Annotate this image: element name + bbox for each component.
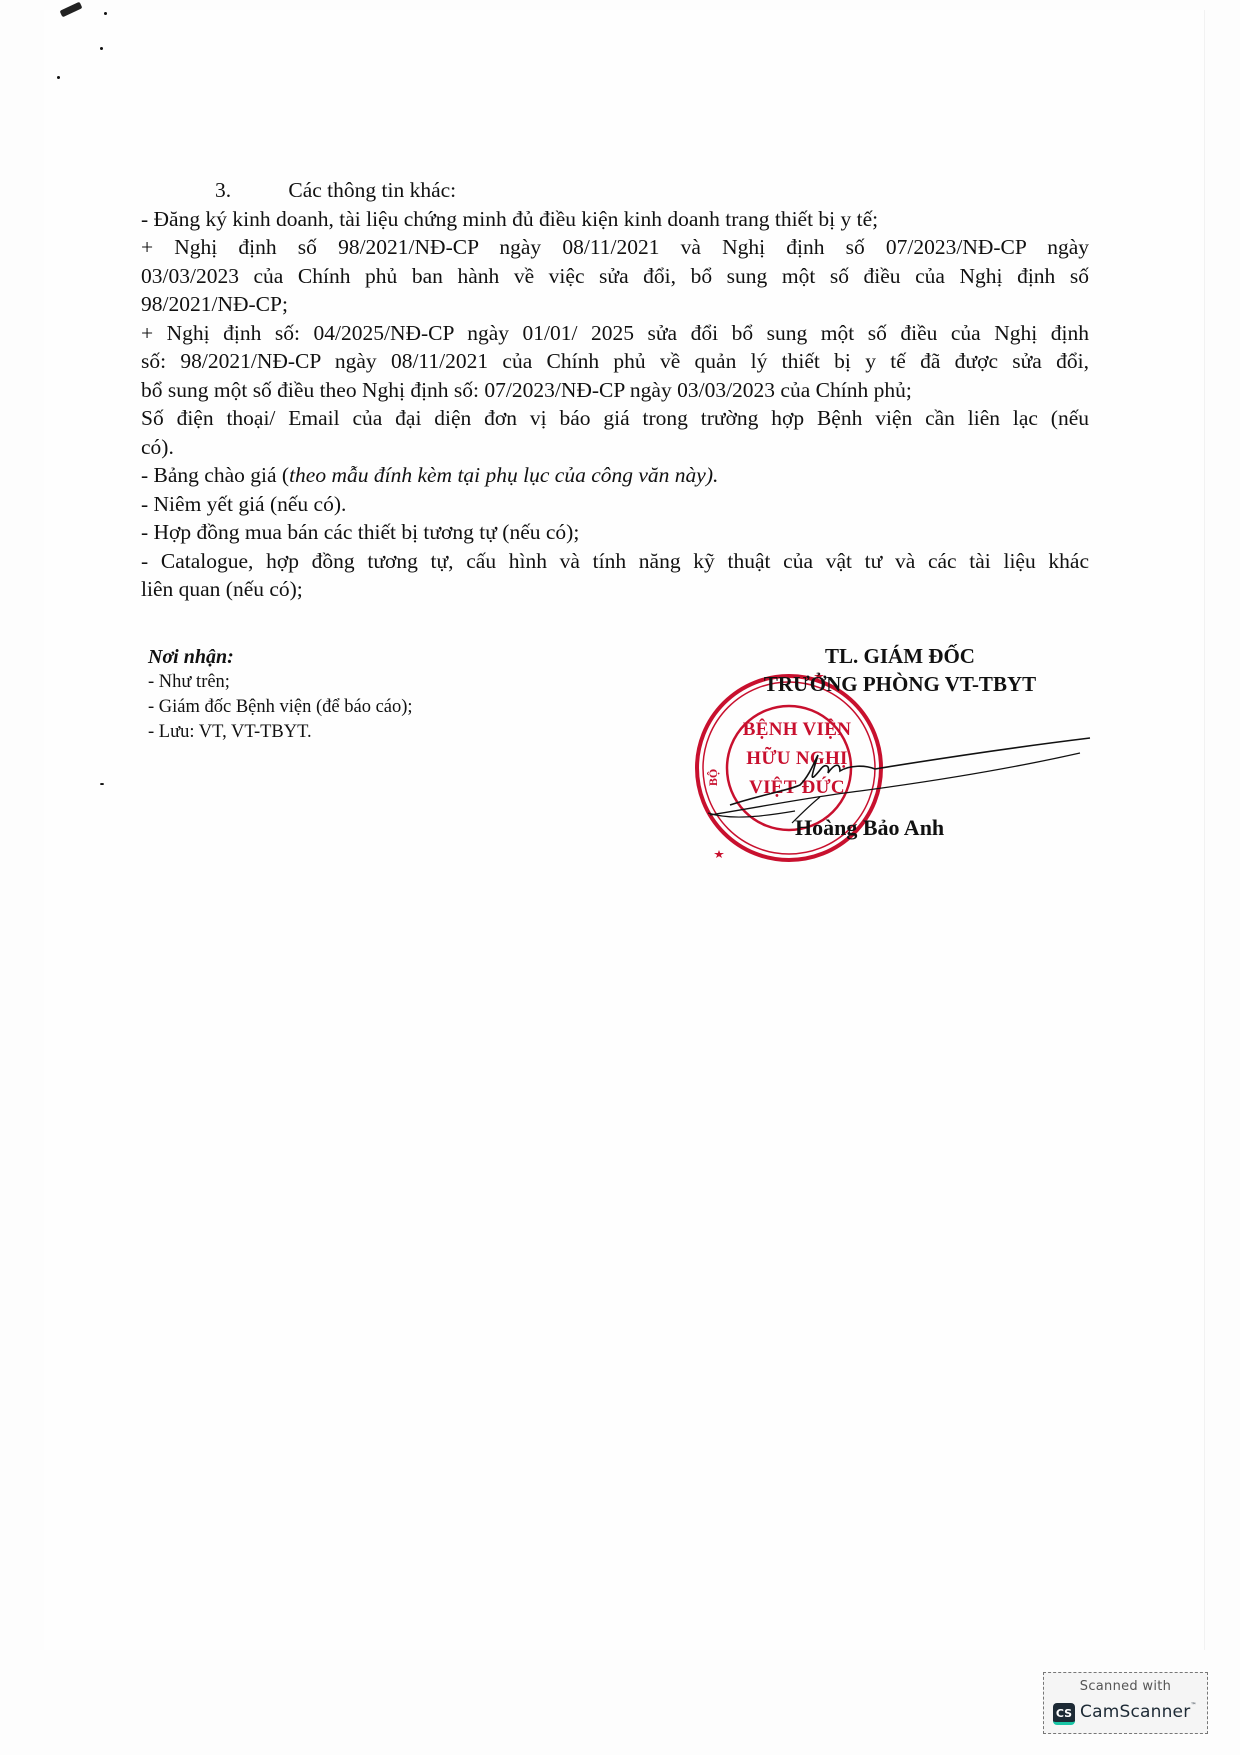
scan-speck — [57, 76, 60, 79]
section-number: 3. — [141, 176, 283, 205]
scanned-page: 3. Các thông tin khác: - Đăng ký kinh do… — [0, 0, 1240, 1755]
body-line: 98/2021/NĐ-CP; — [141, 290, 1089, 319]
quote-line-prefix: - Bảng chào giá ( — [141, 463, 289, 487]
recipient-item: - Giám đốc Bệnh viện (để báo cáo); — [148, 695, 413, 720]
brand-name: CamScanner — [1080, 1702, 1190, 1722]
document-body: 3. Các thông tin khác: - Đăng ký kinh do… — [141, 176, 1089, 604]
quote-line-italic: theo mẫu đính kèm tại phụ lục của công v… — [289, 463, 718, 487]
section-title: Các thông tin khác: — [288, 178, 456, 202]
signature-title: TL. GIÁM ĐỐC — [710, 642, 1090, 670]
signature-position: TRƯỞNG PHÒNG VT-TBYT — [710, 670, 1090, 698]
trademark-symbol: ™ — [1190, 1702, 1196, 1709]
recipients-title: Nơi nhận: — [148, 645, 413, 670]
body-line: + Nghị định số: 04/2025/NĐ-CP ngày 01/01… — [141, 319, 1089, 348]
body-line: có). — [141, 433, 1089, 462]
body-line: 03/03/2023 của Chính phủ ban hành về việ… — [141, 262, 1089, 291]
recipient-item: - Lưu: VT, VT-TBYT. — [148, 720, 413, 745]
body-line: - Đăng ký kinh doanh, tài liệu chứng min… — [141, 205, 1089, 234]
watermark-brand: CamScanner™ — [1080, 1702, 1197, 1722]
body-line: Số điện thoại/ Email của đại diện đơn vị… — [141, 404, 1089, 433]
recipients-block: Nơi nhận: - Như trên; - Giám đốc Bệnh vi… — [148, 645, 413, 745]
body-line: số: 98/2021/NĐ-CP ngày 08/11/2021 của Ch… — [141, 347, 1089, 376]
scan-speck — [104, 12, 107, 15]
body-line: - Niêm yết giá (nếu có). — [141, 490, 1089, 519]
section-heading: 3. Các thông tin khác: — [141, 176, 1089, 205]
body-line: - Catalogue, hợp đồng tương tự, cấu hình… — [141, 547, 1089, 576]
scan-speck — [100, 783, 104, 785]
camscanner-logo-icon: CS — [1053, 1703, 1075, 1725]
scan-speck — [100, 47, 103, 50]
body-line: bổ sung một số điều theo Nghị định số: 0… — [141, 376, 1089, 405]
signature-block: TL. GIÁM ĐỐC TRƯỞNG PHÒNG VT-TBYT — [710, 642, 1090, 698]
body-line: - Hợp đồng mua bán các thiết bị tương tự… — [141, 518, 1089, 547]
signer-name: Hoàng Bảo Anh — [795, 815, 944, 841]
camscanner-watermark: Scanned with CS CamScanner™ — [1043, 1672, 1208, 1734]
watermark-caption: Scanned with — [1044, 1679, 1207, 1694]
body-line: + Nghị định số 98/2021/NĐ-CP ngày 08/11/… — [141, 233, 1089, 262]
body-line: liên quan (nếu có); — [141, 575, 1089, 604]
recipient-item: - Như trên; — [148, 670, 413, 695]
quote-line: - Bảng chào giá (theo mẫu đính kèm tại p… — [141, 461, 1089, 490]
